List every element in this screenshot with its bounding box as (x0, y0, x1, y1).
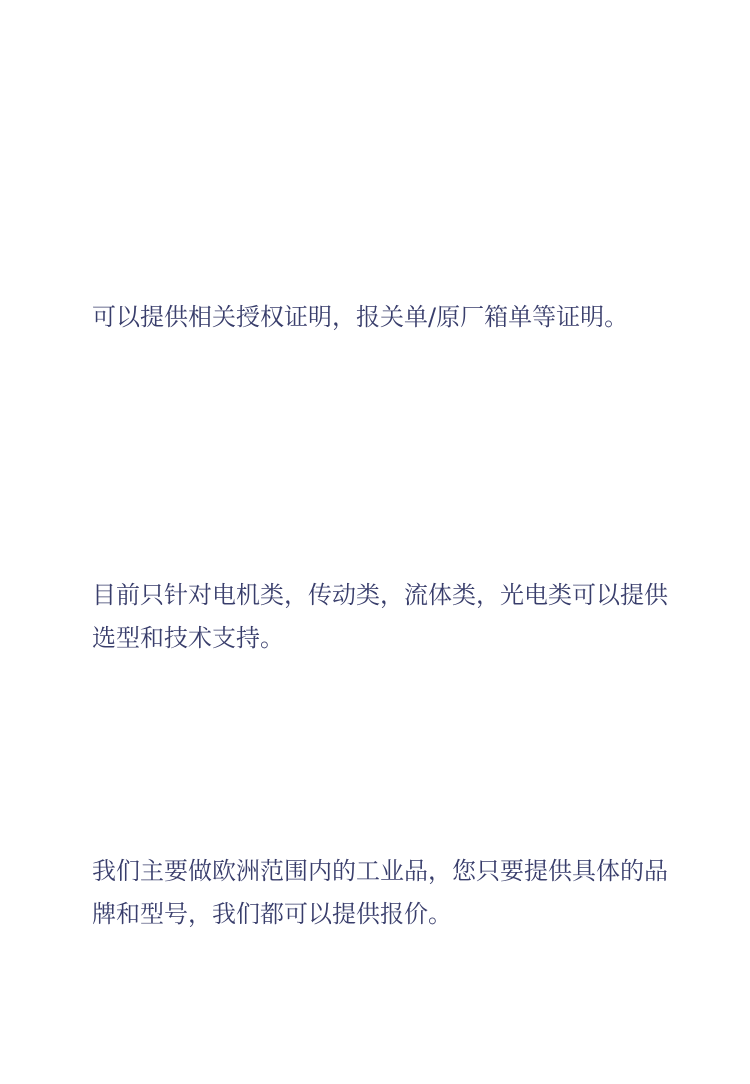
paragraph-authorization-proof: 可以提供相关授权证明，报关单/原厂箱单等证明。 (92, 296, 672, 339)
paragraph-quotation-scope: 我们主要做欧洲范围内的工业品，您只要提供具体的品牌和型号，我们都可以提供报价。 (92, 850, 672, 936)
paragraph-technical-support: 目前只针对电机类，传动类，流体类，光电类可以提供选型和技术支持。 (92, 574, 672, 660)
